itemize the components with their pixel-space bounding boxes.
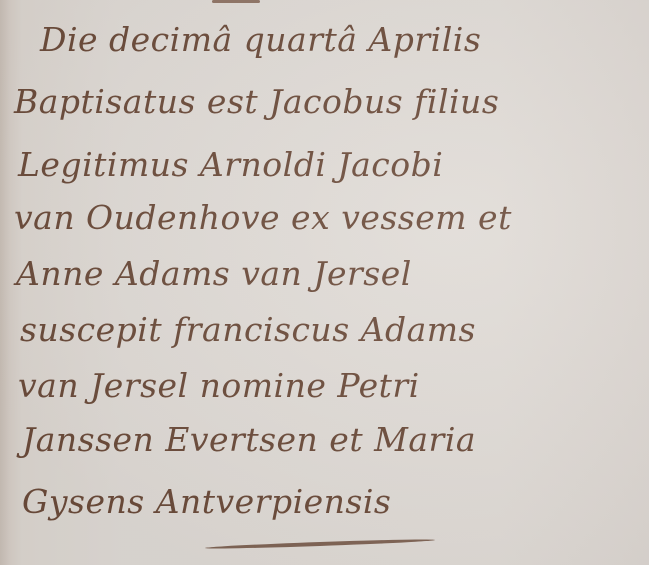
text-line-4: van Oudenhove ex vessem et [14, 198, 512, 237]
text-line-6: suscepit franciscus Adams [20, 310, 476, 349]
text-line-1: Die decimâ quartâ Aprilis [40, 20, 481, 59]
ink-stroke-top [212, 0, 260, 3]
text-line-7: van Jersel nomine Petri [18, 366, 420, 405]
text-line-5: Anne Adams van Jersel [16, 254, 412, 293]
manuscript-page: Die decimâ quartâ Aprilis Baptisatus est… [0, 0, 649, 565]
ink-stroke-underline [205, 538, 435, 550]
text-line-8: Janssen Evertsen et Maria [22, 420, 476, 459]
text-line-2: Baptisatus est Jacobus filius [14, 82, 499, 121]
text-line-3: Legitimus Arnoldi Jacobi [18, 145, 443, 184]
text-line-9: Gysens Antverpiensis [22, 482, 391, 521]
